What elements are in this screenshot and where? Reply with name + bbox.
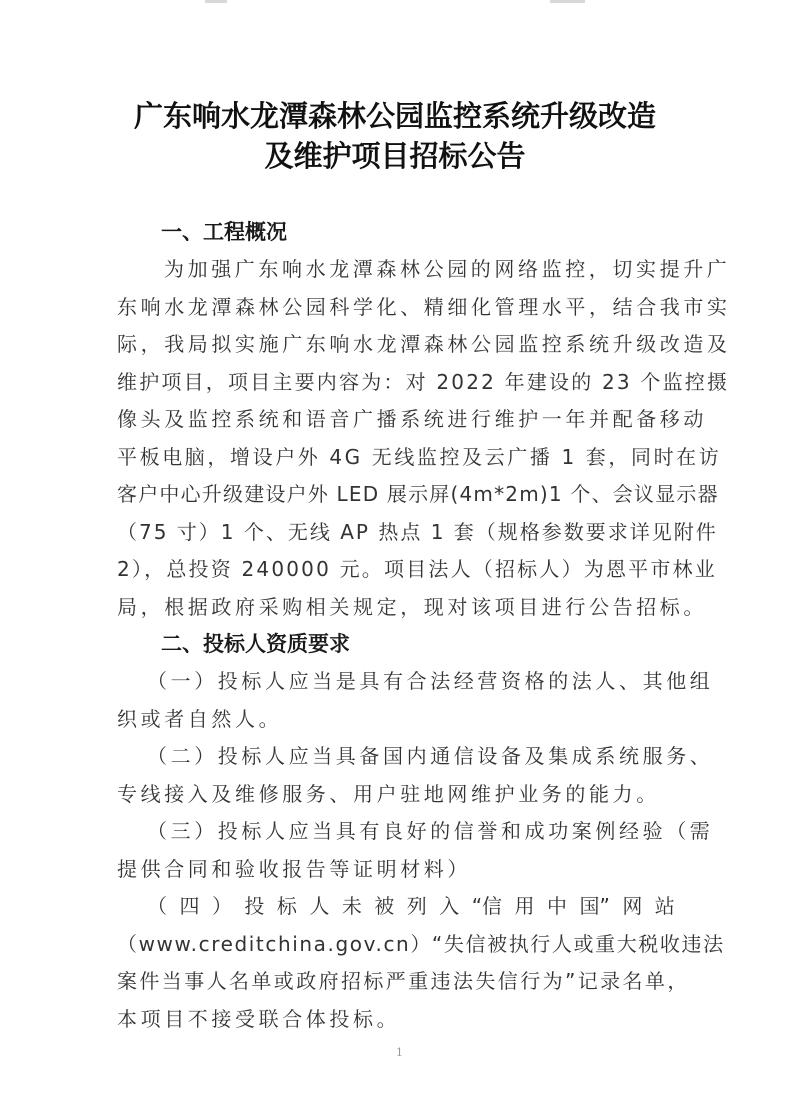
title-line-2: 及维护项目招标公告 — [95, 136, 695, 176]
text-line: 提供合同和验收报告等证明材料） — [117, 851, 675, 889]
title-line-1: 广东响水龙潭森林公园监控系统升级改造 — [95, 96, 695, 136]
scan-mark-left — [205, 0, 227, 3]
text-char: （ — [147, 888, 167, 926]
text-line: 专线接入及维修服务、用户驻地网维护业务的能力。 — [117, 776, 675, 814]
text-char: 四 — [179, 888, 199, 926]
page-number: 1 — [396, 1046, 403, 1059]
text-line: 案件当事人名单或政府招标严重违法失信行为”记录名单， — [117, 963, 675, 1001]
text-line: 际，我局拟实施广东响水龙潭森林公园监控系统升级改造及 — [117, 326, 675, 364]
document-page: 广东响水龙潭森林公园监控系统升级改造 及维护项目招标公告 一、工程概况 为加强广… — [117, 96, 675, 1038]
text-char: ） — [212, 888, 232, 926]
text-char: 中 — [547, 888, 567, 926]
paragraph-qualification-4: （ 四 ） 投 标 人 未 被 列 入 “信 用 中 国” 网 站 （www.c… — [117, 888, 675, 1038]
paragraph-qualification-2: （二）投标人应当具备国内通信设备及集成系统服务、 专线接入及维修服务、用户驻地网… — [117, 738, 675, 813]
text-line: （二）投标人应当具备国内通信设备及集成系统服务、 — [117, 738, 675, 776]
text-line: （www.creditchina.gov.cn）“失信被执行人或重大税收违法 — [117, 926, 675, 964]
paragraph-qualification-1: （一）投标人应当是具有合法经营资格的法人、其他组 织或者自然人。 — [117, 663, 675, 738]
text-char: 网 — [622, 888, 642, 926]
document-title: 广东响水龙潭森林公园监控系统升级改造 及维护项目招标公告 — [95, 96, 695, 176]
text-char: “信 — [472, 888, 502, 926]
text-line: 维护项目，项目主要内容为：对 2022 年建设的 23 个监控摄 — [117, 364, 675, 402]
text-line: 客户中心升级建设户外 LED 展示屏(4m*2m)1 个、会议显示器 — [117, 476, 675, 514]
text-line: 局，根据政府采购相关规定，现对该项目进行公告招标。 — [117, 589, 675, 627]
text-char: 站 — [655, 888, 675, 926]
section-heading: 一、工程概况 — [117, 214, 675, 251]
text-line: 2），总投资 240000 元。项目法人（招标人）为恩平市林业 — [117, 551, 675, 589]
text-line: （三）投标人应当具有良好的信誉和成功案例经验（需 — [117, 813, 675, 851]
text-line: （一）投标人应当是具有合法经营资格的法人、其他组 — [117, 663, 675, 701]
text-line: 为加强广东响水龙潭森林公园的网络监控，切实提升广 — [117, 251, 675, 289]
paragraph-qualification-3: （三）投标人应当具有良好的信誉和成功案例经验（需 提供合同和验收报告等证明材料） — [117, 813, 675, 888]
text-line: 平板电脑，增设户外 4G 无线监控及云广播 1 套，同时在访 — [117, 439, 675, 477]
section-heading: 二、投标人资质要求 — [117, 626, 675, 663]
text-char: 被 — [374, 888, 394, 926]
text-char: 用 — [515, 888, 535, 926]
text-char: 未 — [342, 888, 362, 926]
text-char: 列 — [407, 888, 427, 926]
text-char: 国” — [579, 888, 609, 926]
text-line-spread: （ 四 ） 投 标 人 未 被 列 入 “信 用 中 国” 网 站 — [117, 888, 675, 926]
title-spacer — [117, 176, 675, 214]
scan-mark-right — [550, 0, 585, 3]
section-project-overview: 一、工程概况 为加强广东响水龙潭森林公园的网络监控，切实提升广 东响水龙潭森林公… — [117, 214, 675, 626]
paragraph-project-overview: 为加强广东响水龙潭森林公园的网络监控，切实提升广 东响水龙潭森林公园科学化、精细… — [117, 251, 675, 626]
text-line: 织或者自然人。 — [117, 701, 675, 739]
scan-edge-marks — [0, 0, 800, 6]
text-line: 东响水龙潭森林公园科学化、精细化管理水平，结合我市实 — [117, 289, 675, 327]
section-bidder-qualifications: 二、投标人资质要求 （一）投标人应当是具有合法经营资格的法人、其他组 织或者自然… — [117, 626, 675, 1038]
text-line: （75 寸）1 个、无线 AP 热点 1 套（规格参数要求详见附件 — [117, 514, 675, 552]
text-line: 像头及监控系统和语音广播系统进行维护一年并配备移动 — [117, 401, 675, 439]
text-char: 人 — [309, 888, 329, 926]
text-char: 投 — [244, 888, 264, 926]
text-line: 本项目不接受联合体投标。 — [117, 1001, 675, 1039]
text-char: 入 — [439, 888, 459, 926]
text-char: 标 — [277, 888, 297, 926]
